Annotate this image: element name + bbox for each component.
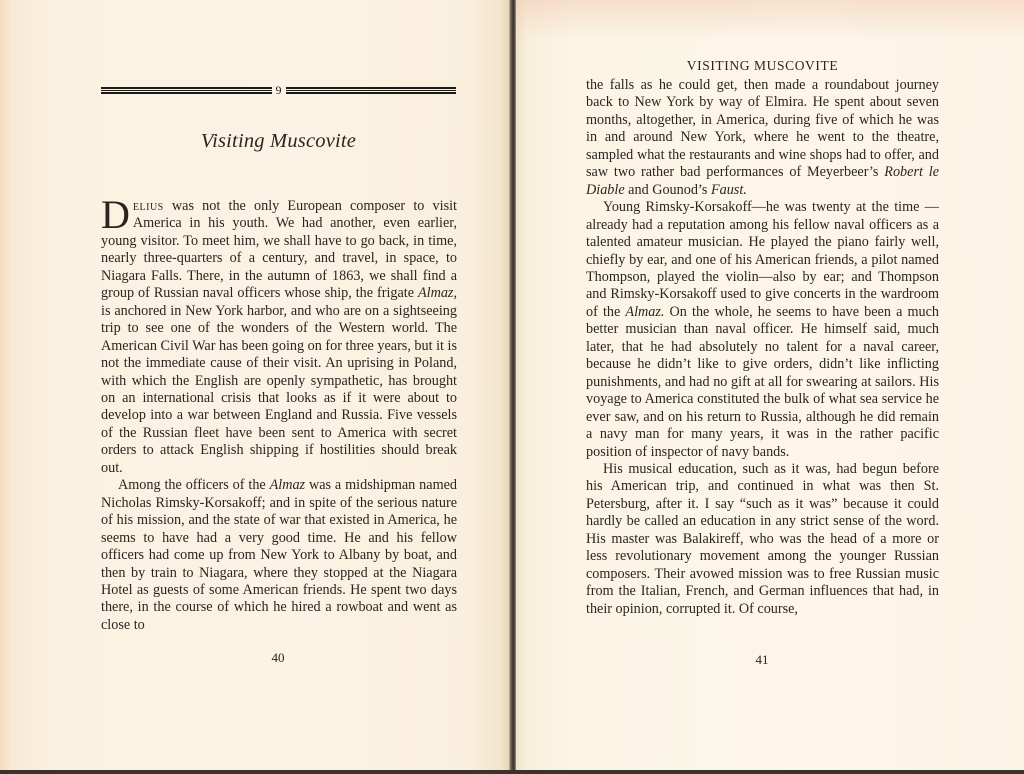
book-spread: 9 Visiting Muscovite Delius was not the … bbox=[0, 0, 1024, 774]
paragraph: Among the officers of the Almaz was a mi… bbox=[101, 477, 457, 634]
page-number-left: 40 bbox=[258, 650, 298, 666]
text-segment: was a midshipman named Nicholas Rimsky-K… bbox=[101, 477, 457, 633]
right-page: VISITING MUSCOVITE the falls as he could… bbox=[516, 0, 1024, 770]
page-number-right: 41 bbox=[742, 652, 782, 668]
italic-text: Almaz. bbox=[625, 304, 664, 320]
scan-bottom-edge bbox=[0, 770, 1024, 774]
text-segment: Young Rimsky-Korsakoff—he was twenty at … bbox=[586, 199, 939, 320]
ornamental-rule-right bbox=[286, 87, 457, 94]
chapter-number: 9 bbox=[272, 84, 286, 96]
text-segment: On the whole, he seems to have been a mu… bbox=[586, 304, 939, 460]
right-page-body: the falls as he could get, then made a r… bbox=[586, 77, 939, 618]
paragraph: His musical education, such as it was, h… bbox=[586, 461, 939, 618]
paragraph: the falls as he could get, then made a r… bbox=[586, 77, 939, 199]
book-gutter bbox=[509, 0, 516, 774]
chapter-title: Visiting Muscovite bbox=[101, 130, 456, 153]
ornamental-rule-left bbox=[101, 87, 272, 94]
small-caps-lead: elius bbox=[133, 198, 164, 214]
chapter-rule: 9 bbox=[101, 84, 456, 96]
text-segment: and Gounod’s bbox=[625, 182, 711, 198]
italic-text: Almaz, bbox=[418, 285, 457, 301]
drop-cap: D bbox=[101, 198, 130, 231]
italic-text: Almaz bbox=[270, 477, 305, 493]
left-page: 9 Visiting Muscovite Delius was not the … bbox=[0, 0, 509, 770]
text-segment: is anchored in New York harbor, and who … bbox=[101, 303, 457, 476]
paragraph: Young Rimsky-Korsakoff—he was twenty at … bbox=[586, 199, 939, 461]
left-page-body: Delius was not the only European compose… bbox=[101, 198, 457, 634]
text-segment: Among the officers of the bbox=[118, 477, 270, 493]
italic-text: Faust. bbox=[711, 182, 747, 198]
running-head: VISITING MUSCOVITE bbox=[586, 58, 939, 74]
text-segment: His musical education, such as it was, h… bbox=[586, 461, 939, 617]
paragraph: Delius was not the only European compose… bbox=[101, 198, 457, 477]
